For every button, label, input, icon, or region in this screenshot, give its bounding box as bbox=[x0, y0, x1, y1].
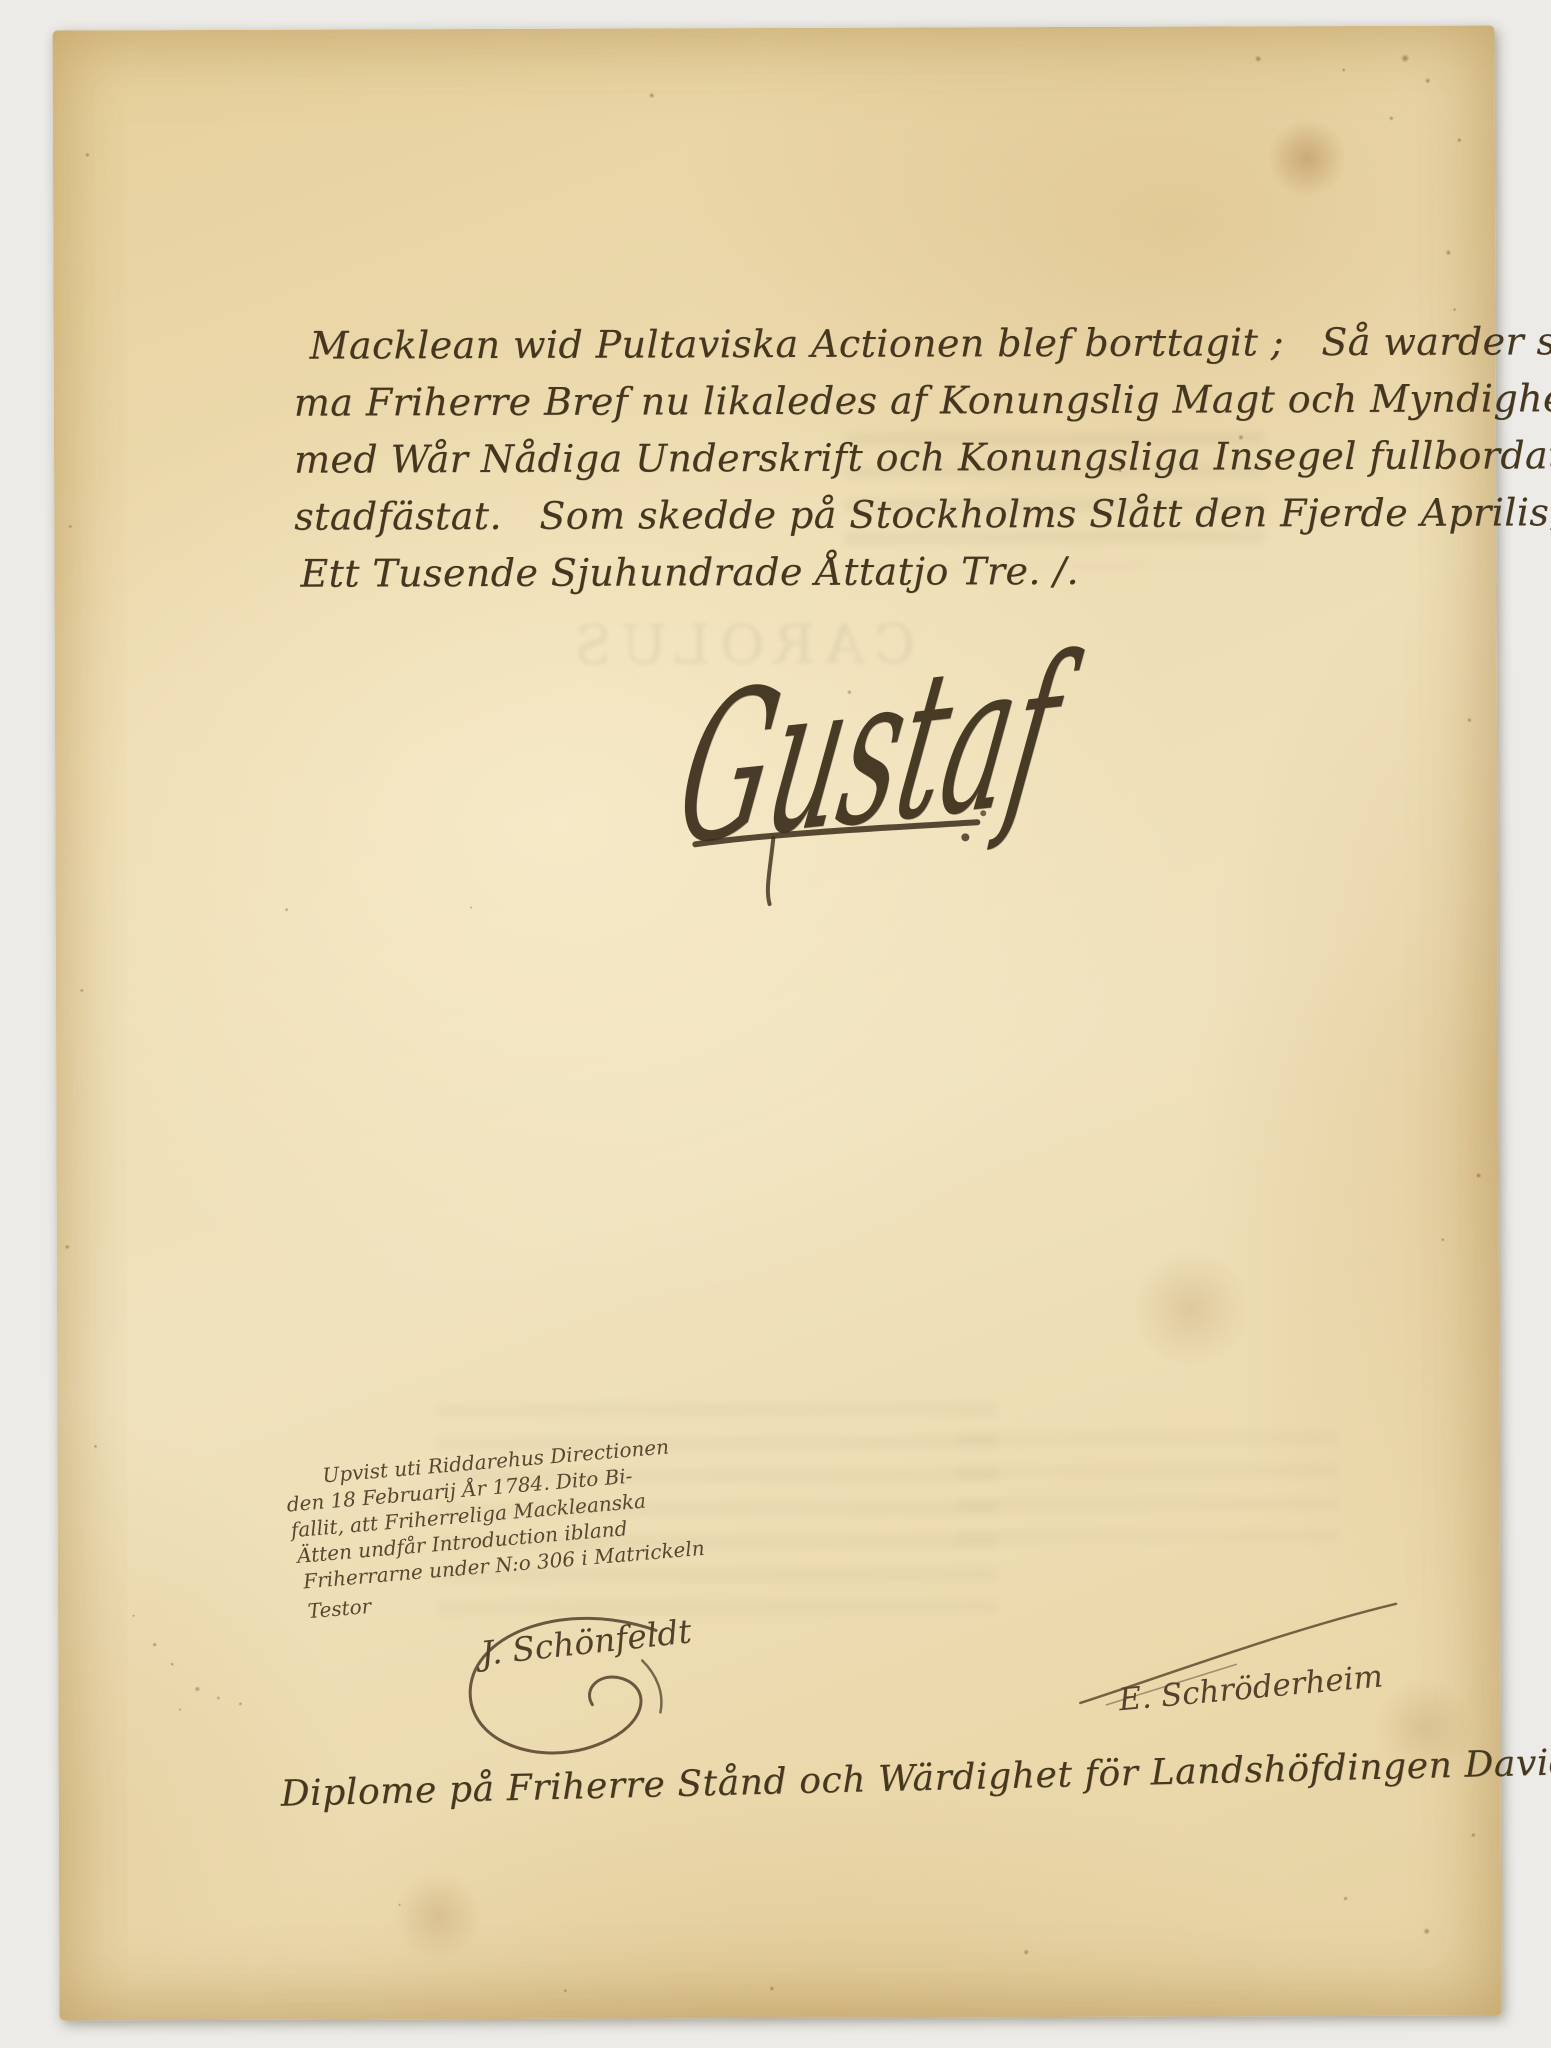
foxing-spot bbox=[563, 1989, 567, 1993]
foxing-spot bbox=[68, 524, 72, 528]
registration-note: Upvist uti Riddarehus Directionen den 18… bbox=[284, 1424, 796, 1625]
foxing-spot bbox=[170, 1662, 174, 1666]
foxing-spot bbox=[1118, 469, 1122, 473]
foxing-spot bbox=[847, 690, 852, 695]
stain-blotch bbox=[1131, 1248, 1251, 1368]
foxing-spot bbox=[1342, 68, 1346, 72]
foxing-spot bbox=[1401, 54, 1410, 63]
foxing-spot bbox=[1457, 138, 1462, 143]
manuscript-photo: CAROLUS Macklean wid Pultaviska Actionen… bbox=[0, 0, 1551, 2048]
foxing-spot bbox=[1441, 1238, 1445, 1242]
foxing-spot bbox=[1425, 78, 1431, 84]
foxing-spot bbox=[470, 906, 473, 909]
body-text-line: ma Friherre Bref nu likaledes af Konungs… bbox=[294, 371, 1444, 432]
royal-signature: Gustaf bbox=[665, 625, 1006, 916]
body-text-line: stadfästat. Som skedde på Stockholms Slå… bbox=[294, 485, 1444, 546]
foxing-spot bbox=[1453, 308, 1457, 312]
foxing-spot bbox=[65, 1244, 70, 1249]
foxing-spot bbox=[1476, 1173, 1482, 1179]
foxing-spot bbox=[80, 988, 84, 992]
foxing-spot bbox=[238, 1702, 242, 1706]
foxing-spot bbox=[132, 1614, 135, 1617]
foxing-spot bbox=[152, 1642, 157, 1647]
body-text-line: Ett Tusende Sjuhundrade Åttatjo Tre. /. bbox=[294, 542, 1444, 603]
body-text-line: Macklean wid Pultaviska Actionen blef bo… bbox=[294, 314, 1444, 375]
foxing-spot bbox=[285, 908, 289, 912]
foxing-spot bbox=[93, 1444, 97, 1448]
foxing-spot bbox=[649, 92, 655, 98]
ink-show-through bbox=[957, 1431, 1337, 1542]
foxing-spot bbox=[194, 1686, 200, 1692]
foxing-spot bbox=[1467, 718, 1472, 723]
stain-blotch bbox=[393, 1871, 483, 1961]
foxing-spot bbox=[1238, 434, 1244, 440]
foxing-spot bbox=[1255, 55, 1262, 62]
foxing-spot bbox=[1423, 1928, 1430, 1935]
foxing-spot bbox=[85, 152, 90, 157]
foxing-spot bbox=[1023, 1949, 1029, 1955]
royal-signature-flourish bbox=[665, 625, 1006, 916]
foxing-spot bbox=[216, 1696, 220, 1700]
foxing-spot bbox=[1343, 1896, 1348, 1901]
stain-blotch bbox=[1374, 1678, 1474, 1778]
schonfeldt-signature: J. Schönfeldt bbox=[446, 1596, 707, 1777]
foxing-spot bbox=[769, 1986, 774, 1991]
foxing-spots bbox=[53, 25, 1495, 30]
body-text-line: med Wår Nådiga Underskrift och Konungsli… bbox=[294, 428, 1444, 489]
body-text: Macklean wid Pultaviska Actionen blef bo… bbox=[294, 314, 1445, 603]
foxing-spot bbox=[1389, 116, 1394, 121]
foxing-spot bbox=[178, 1708, 181, 1711]
parchment-sheet: CAROLUS Macklean wid Pultaviska Actionen… bbox=[53, 25, 1502, 2020]
foxing-spot bbox=[1471, 1833, 1476, 1838]
stain-blotch bbox=[1267, 118, 1347, 198]
foxing-spot bbox=[1445, 250, 1451, 256]
